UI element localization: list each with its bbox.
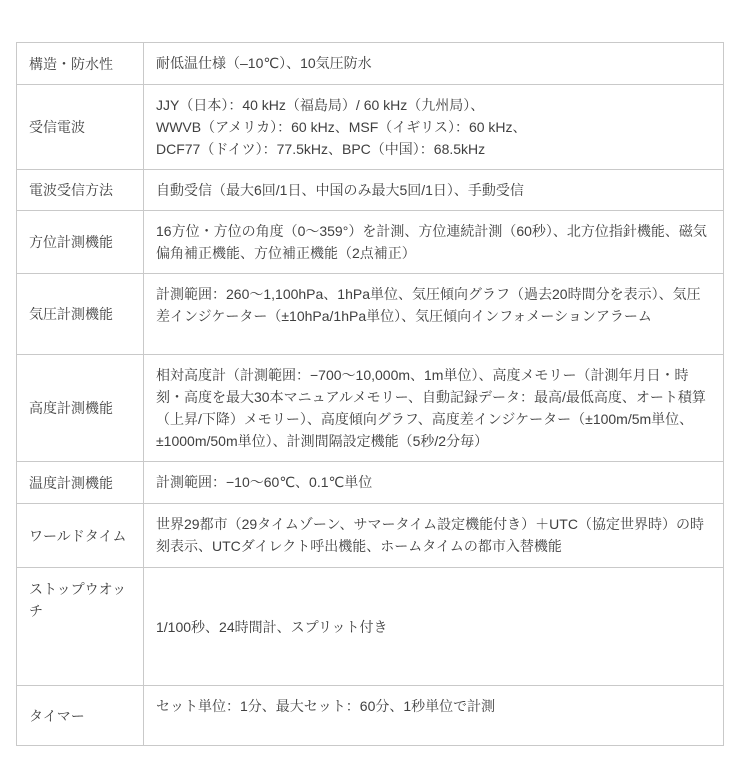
spec-value-world-time: 世界29都市（29タイムゾーン、サマータイム設定機能付き）＋UTC（協定世界時）… <box>144 504 724 568</box>
spec-row-stopwatch: ストップウオッチ1/100秒、24時間計、スプリット付き <box>17 568 724 686</box>
spec-value-thermometer: 計測範囲：−10〜60℃、0.1℃単位 <box>144 462 724 504</box>
spec-page: 構造・防水性耐低温仕様（–10℃）、10気圧防水受信電波JJY（日本）：40 k… <box>0 0 740 773</box>
spec-row-reception-signal: 受信電波JJY（日本）：40 kHz（福島局）/ 60 kHz（九州局）、 WW… <box>17 85 724 170</box>
spec-row-altimeter: 高度計測機能相対高度計（計測範囲：−700〜10,000m、1m単位）、高度メモ… <box>17 355 724 462</box>
spec-value-barometer: 計測範囲：260〜1,100hPa、1hPa単位、気圧傾向グラフ（過去20時間分… <box>144 274 724 355</box>
spec-value-timer: セット単位：1分、最大セット：60分、1秒単位で計測 <box>144 686 724 746</box>
spec-label-stopwatch: ストップウオッチ <box>17 568 144 686</box>
spec-row-reception-method: 電波受信方法自動受信（最大6回/1日、中国のみ最大5回/1日）、手動受信 <box>17 170 724 211</box>
spec-label-timer: タイマー <box>17 686 144 746</box>
spec-label-bearing: 方位計測機能 <box>17 211 144 274</box>
spec-label-altimeter: 高度計測機能 <box>17 355 144 462</box>
spec-row-thermometer: 温度計測機能計測範囲：−10〜60℃、0.1℃単位 <box>17 462 724 504</box>
spec-table-body: 構造・防水性耐低温仕様（–10℃）、10気圧防水受信電波JJY（日本）：40 k… <box>17 43 724 746</box>
spec-row-barometer: 気圧計測機能計測範囲：260〜1,100hPa、1hPa単位、気圧傾向グラフ（過… <box>17 274 724 355</box>
spec-label-reception-signal: 受信電波 <box>17 85 144 170</box>
spec-label-reception-method: 電波受信方法 <box>17 170 144 211</box>
spec-value-bearing: 16方位・方位の角度（0〜359°）を計測、方位連続計測（60秒）、北方位指針機… <box>144 211 724 274</box>
spec-value-stopwatch: 1/100秒、24時間計、スプリット付き <box>144 568 724 686</box>
spec-label-structure-waterproof: 構造・防水性 <box>17 43 144 85</box>
spec-label-world-time: ワールドタイム <box>17 504 144 568</box>
spec-row-world-time: ワールドタイム世界29都市（29タイムゾーン、サマータイム設定機能付き）＋UTC… <box>17 504 724 568</box>
spec-row-structure-waterproof: 構造・防水性耐低温仕様（–10℃）、10気圧防水 <box>17 43 724 85</box>
spec-label-barometer: 気圧計測機能 <box>17 274 144 355</box>
spec-value-reception-signal: JJY（日本）：40 kHz（福島局）/ 60 kHz（九州局）、 WWVB（ア… <box>144 85 724 170</box>
spec-value-altimeter: 相対高度計（計測範囲：−700〜10,000m、1m単位）、高度メモリー（計測年… <box>144 355 724 462</box>
spec-label-thermometer: 温度計測機能 <box>17 462 144 504</box>
spec-row-timer: タイマーセット単位：1分、最大セット：60分、1秒単位で計測 <box>17 686 724 746</box>
spec-value-structure-waterproof: 耐低温仕様（–10℃）、10気圧防水 <box>144 43 724 85</box>
spec-table: 構造・防水性耐低温仕様（–10℃）、10気圧防水受信電波JJY（日本）：40 k… <box>16 42 724 746</box>
spec-row-bearing: 方位計測機能16方位・方位の角度（0〜359°）を計測、方位連続計測（60秒）、… <box>17 211 724 274</box>
spec-value-reception-method: 自動受信（最大6回/1日、中国のみ最大5回/1日）、手動受信 <box>144 170 724 211</box>
